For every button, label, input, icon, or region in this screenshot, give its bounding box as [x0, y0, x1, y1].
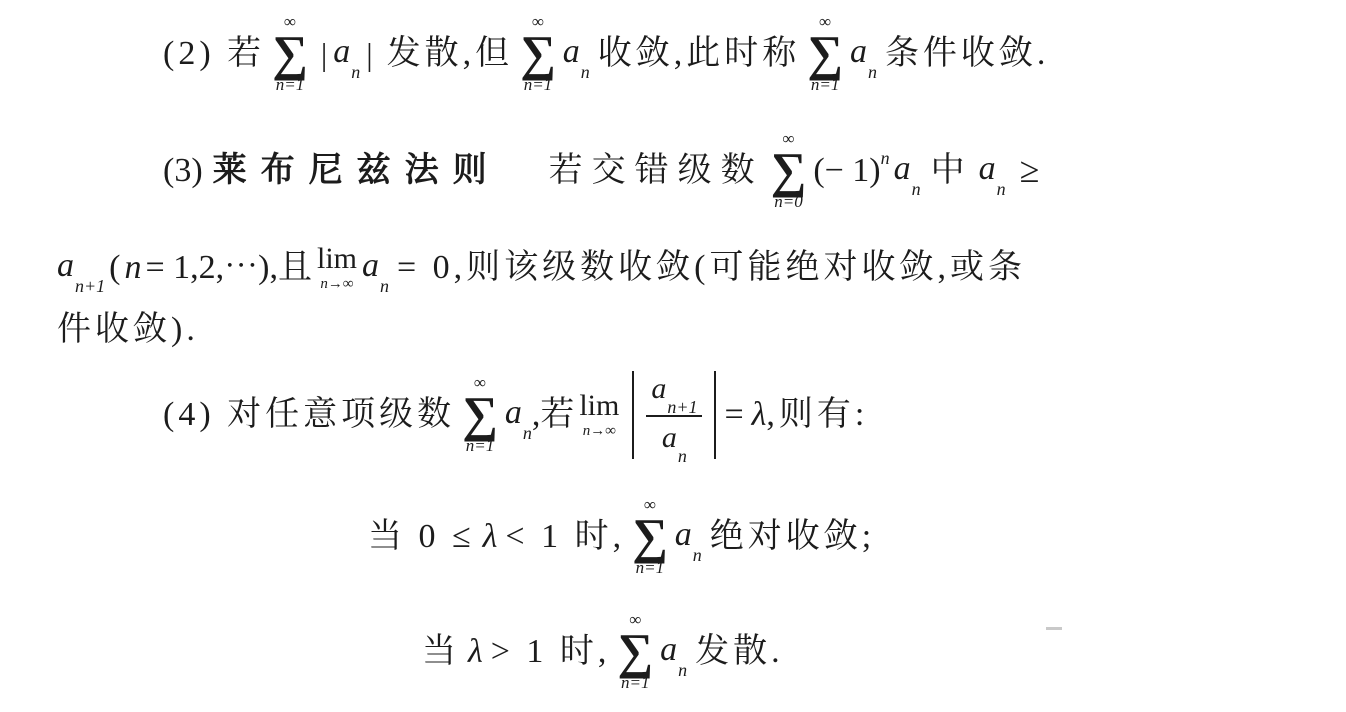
case2-pre-text: 当: [422, 632, 460, 673]
var-a: a: [651, 372, 666, 405]
subscript-n: n: [868, 62, 877, 82]
lim-subscript: n→∞: [583, 424, 616, 439]
item2-converge-text: 收敛,此时称: [598, 34, 801, 75]
subscript-n: n: [581, 62, 590, 82]
superscript-n: n: [881, 148, 890, 170]
item4-comma-if-text: ,若: [532, 395, 575, 436]
sigma-symbol: ∑: [771, 147, 807, 193]
var-a: a: [563, 33, 580, 70]
abs-bar-left: [632, 371, 634, 459]
subscript-n-plus-1: n+1: [667, 397, 697, 417]
case1-pre-text: 当 0 ≤: [368, 517, 475, 558]
var-a-n: an: [362, 246, 389, 289]
case2-post-text: 发散.: [695, 632, 784, 673]
item3-tail-text: = 0,则该级数收敛(可能绝对收敛,或条: [397, 248, 1026, 289]
sum-symbol: ∞ ∑ n=1: [272, 13, 308, 95]
lim-word: lim: [317, 244, 357, 274]
var-a-n: an: [675, 515, 702, 558]
var-a: a: [850, 33, 867, 70]
subscript-n: n: [678, 660, 687, 680]
item4-then-text: ,则有:: [766, 395, 868, 436]
subscript-n: n: [678, 446, 687, 466]
fraction-numerator: an+1: [646, 372, 702, 417]
limit-operator: lim n→∞: [579, 391, 619, 439]
item3-among-text: 中: [931, 151, 969, 192]
item3-sequence-text: = 1,2,⋯),且: [145, 248, 312, 289]
sum-symbol: ∞ ∑ n=1: [520, 13, 556, 95]
subscript-n: n: [912, 179, 921, 199]
subscript-n: n: [523, 423, 532, 443]
item3-last-text: 件收敛).: [57, 310, 199, 351]
sigma-symbol: ∑: [462, 391, 498, 437]
sigma-symbol: ∑: [617, 628, 653, 674]
var-a-n: an: [333, 32, 360, 75]
var-a-n-plus-1: an+1: [57, 246, 105, 289]
fraction: an+1 an: [646, 372, 702, 458]
var-a-n: an: [850, 32, 877, 75]
var-a-n: an: [505, 393, 532, 436]
paragraph-item-2: (2) 若 ∞ ∑ n=1 | an | 发散,但 ∞ ∑ n=1 an 收敛,…: [163, 2, 1049, 106]
geq-symbol: ≥: [1020, 149, 1040, 192]
var-a: a: [894, 150, 911, 187]
sigma-symbol: ∑: [807, 30, 843, 76]
limit-operator: lim n→∞: [317, 244, 357, 292]
abs-fraction: an+1 an: [632, 371, 716, 459]
subscript-n: n: [693, 545, 702, 565]
case1-post-text: 绝对收敛;: [710, 517, 875, 558]
var-a-n: an: [660, 630, 687, 673]
var-a: a: [362, 247, 379, 284]
case2-mid-text: > 1 时,: [491, 632, 611, 673]
var-a: a: [660, 631, 677, 668]
sigma-symbol: ∑: [272, 30, 308, 76]
item2-conditional-text: 条件收敛.: [885, 34, 1050, 75]
var-lambda: λ: [483, 517, 498, 558]
var-n: n: [124, 248, 141, 289]
fraction-denominator: an: [662, 417, 687, 459]
var-a: a: [675, 516, 692, 553]
sum-symbol: ∞ ∑ n=1: [462, 374, 498, 456]
paragraph-item-3-head: (3) 莱布尼兹法则 若交错级数 ∞ ∑ n=0 (− 1)n an 中 an …: [163, 118, 1039, 224]
var-a: a: [505, 394, 522, 431]
abs-bar-right: [714, 371, 716, 459]
case-2-line: 当 λ > 1 时, ∞ ∑ n=1 an 发散.: [422, 596, 784, 708]
sigma-symbol: ∑: [632, 513, 668, 559]
var-a-n: an: [563, 32, 590, 75]
item3-label: (3): [163, 151, 203, 192]
case-1-line: 当 0 ≤ λ < 1 时, ∞ ∑ n=1 an 绝对收敛;: [368, 482, 875, 592]
sum-lower-limit: n=1: [811, 76, 839, 95]
abs-bar-right: |: [366, 35, 372, 73]
sum-symbol: ∞ ∑ n=1: [807, 13, 843, 95]
scan-artifact-dash: [1046, 627, 1062, 630]
var-a: a: [662, 421, 677, 454]
neg-one-term: (− 1): [813, 151, 880, 192]
var-a: a: [57, 247, 74, 284]
item2-diverge-text: 发散,但: [387, 34, 514, 75]
item4-lead-text: (4) 对任意项级数: [163, 395, 455, 436]
case1-mid-text: < 1 时,: [505, 517, 625, 558]
page: (2) 若 ∞ ∑ n=1 | an | 发散,但 ∞ ∑ n=1 an 收敛,…: [0, 0, 1346, 712]
paragraph-item-3-line2: an+1 ( n = 1,2,⋯),且 lim n→∞ an = 0,则该级数收…: [57, 232, 1026, 304]
subscript-n: n: [997, 179, 1006, 199]
open-paren: (: [109, 248, 120, 289]
subscript-n: n: [351, 62, 360, 82]
paragraph-item-4: (4) 对任意项级数 ∞ ∑ n=1 an ,若 lim n→∞ an+1 an…: [163, 360, 868, 470]
var-lambda: λ: [468, 632, 483, 673]
var-a-n: an: [979, 149, 1006, 192]
item3-title: 莱布尼兹法则: [213, 151, 501, 192]
abs-bar-left: |: [321, 35, 327, 73]
sum-lower-limit: n=1: [466, 437, 494, 456]
sum-lower-limit: n=1: [621, 674, 649, 693]
item3-if-alternating-text: 若交错级数: [549, 151, 764, 192]
item2-lead-text: (2) 若: [163, 34, 265, 75]
sum-symbol: ∞ ∑ n=1: [617, 611, 653, 693]
subscript-n: n: [380, 276, 389, 296]
sum-lower-limit: n=1: [276, 76, 304, 95]
sum-lower-limit: n=1: [524, 76, 552, 95]
var-a-n: an: [894, 149, 921, 192]
sum-symbol: ∞ ∑ n=1: [632, 496, 668, 578]
sum-lower-limit: n=0: [774, 193, 802, 212]
var-lambda: λ: [752, 395, 767, 436]
sigma-symbol: ∑: [520, 30, 556, 76]
var-a: a: [979, 150, 996, 187]
lim-subscript: n→∞: [320, 277, 353, 292]
paragraph-item-3-line3: 件收敛).: [57, 305, 199, 355]
lim-word: lim: [579, 391, 619, 421]
sum-lower-limit: n=1: [636, 559, 664, 578]
equals-sign: =: [724, 395, 743, 436]
sum-symbol: ∞ ∑ n=0: [771, 130, 807, 212]
subscript-n-plus-1: n+1: [75, 276, 105, 296]
var-a: a: [333, 33, 350, 70]
